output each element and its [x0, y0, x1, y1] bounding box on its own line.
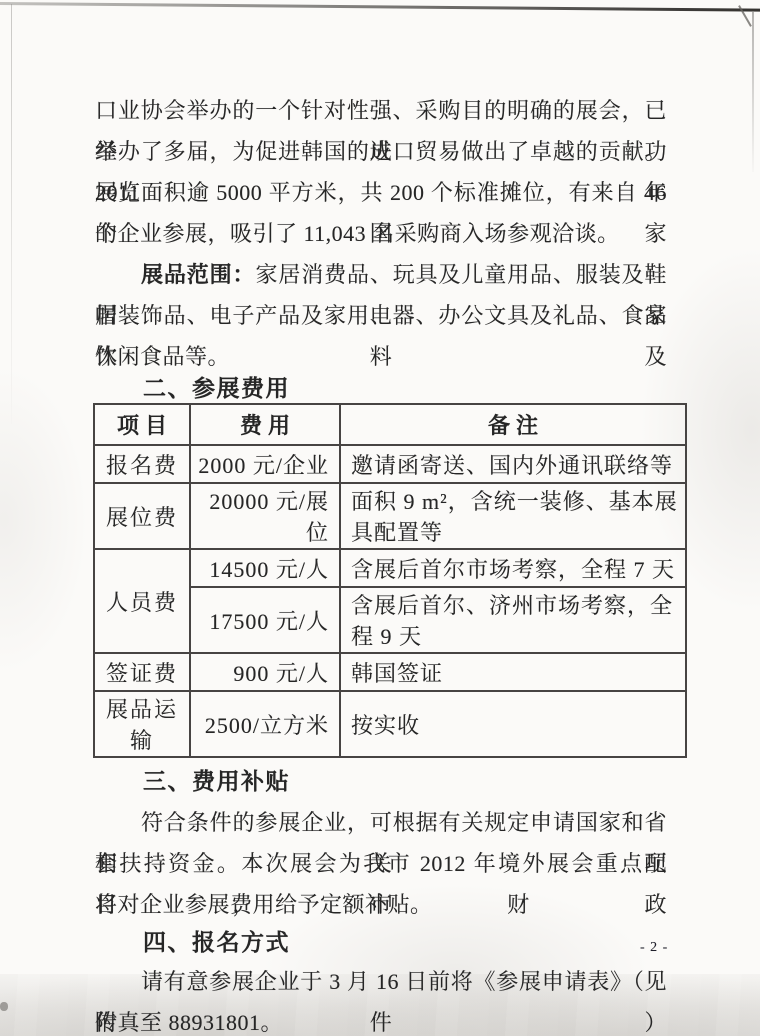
scanned-document-page: 口业协会举办的一个针对性强、采购目的明确的展会，已经成功 举办了多届，为促进韩国… — [0, 0, 760, 1036]
fee-amount: 17500 元/人 — [190, 587, 340, 653]
fee-table-row-visa: 签证费 900 元/人 韩国签证 — [94, 653, 686, 691]
subsidy-line-2: 套扶持资金。本次展会为我市 2012 年境外展会重点项目，市财政 — [95, 843, 667, 884]
registration-paragraph: 请有意参展企业于 3 月 16 日前将《参展申请表》（见附件） 传真至 8893… — [95, 961, 667, 1036]
intro-line-1: 口业协会举办的一个针对性强、采购目的明确的展会，已经成功 — [95, 90, 667, 131]
scan-right-edge-line — [752, 12, 754, 172]
fee-table-row-registration: 报名费 2000 元/企业 邀请函寄送、国内外通讯联络等 — [94, 445, 686, 483]
fee-note: 按实收 — [340, 691, 686, 757]
fee-item: 展品运输 — [94, 691, 190, 757]
fee-note: 韩国签证 — [340, 653, 686, 691]
fee-amount: 14500 元/人 — [190, 549, 340, 587]
fee-amount: 2000 元/企业 — [190, 445, 340, 483]
fee-table-header-item: 项目 — [94, 404, 190, 445]
subsidy-line-1: 符合条件的参展企业，可根据有关规定申请国家和省相关配 — [95, 802, 667, 843]
fee-amount: 900 元/人 — [190, 653, 340, 691]
fee-item: 报名费 — [94, 445, 190, 483]
fee-item: 签证费 — [94, 653, 190, 691]
registration-line-1: 请有意参展企业于 3 月 16 日前将《参展申请表》（见附件） — [95, 961, 667, 1002]
fee-note: 含展后首尔、济州市场考察，全程 9 天 — [340, 587, 686, 653]
subsidy-paragraph: 符合条件的参展企业，可根据有关规定申请国家和省相关配 套扶持资金。本次展会为我市… — [95, 802, 667, 925]
fee-item: 展位费 — [94, 483, 190, 549]
intro-line-2: 举办了多届，为促进韩国的进口贸易做出了卓越的贡献。2011 年 — [95, 131, 667, 172]
fee-table-header-note: 备注 — [340, 404, 686, 445]
fee-note: 邀请函寄送、国内外通讯联络等 — [340, 445, 686, 483]
product-scope-line-2: 居装饰品、电子产品及家用电器、办公文具及礼品、食品饮料及 — [95, 295, 667, 336]
scan-left-edge-line — [11, 4, 12, 424]
page-number: - 2 - — [640, 940, 668, 956]
fee-amount: 2500/立方米 — [190, 691, 340, 757]
intro-line-4: 的企业参展，吸引了 11,043 名采购商入场参观洽谈。 — [95, 213, 667, 254]
fee-table: 项目 费用 备注 报名费 2000 元/企业 邀请函寄送、国内外通讯联络等 展位… — [93, 403, 687, 758]
scan-top-edge-line — [0, 2, 760, 12]
scan-speck — [0, 1002, 8, 1011]
section-heading-registration: 四、报名方式 — [95, 929, 667, 957]
section-heading-subsidy: 三、费用补贴 — [95, 768, 667, 796]
fee-table-row-shipping: 展品运输 2500/立方米 按实收 — [94, 691, 686, 757]
fee-table-row-booth: 展位费 20000 元/展位 面积 9 m²，含统一装修、基本展具配置等 — [94, 483, 686, 549]
section-heading-fees: 二、参展费用 — [95, 375, 667, 403]
product-scope-line-1: 展品范围：家居消费品、玩具及儿童用品、服装及鞋帽、家 — [95, 254, 667, 295]
fee-table-header-fee: 费用 — [190, 404, 340, 445]
fee-item: 人员费 — [94, 549, 190, 653]
fee-note: 含展后首尔市场考察，全程 7 天 — [340, 549, 686, 587]
fee-table-row-personnel-1: 人员费 14500 元/人 含展后首尔市场考察，全程 7 天 — [94, 549, 686, 587]
page-content: 口业协会举办的一个针对性强、采购目的明确的展会，已经成功 举办了多届，为促进韩国… — [95, 90, 667, 1036]
fee-table-header-row: 项目 费用 备注 — [94, 404, 686, 445]
fee-note: 面积 9 m²，含统一装修、基本展具配置等 — [340, 483, 686, 549]
intro-line-3: 展览面积逾 5000 平方米，共 200 个标准摊位，有来自 46 个国家 — [95, 172, 667, 213]
fee-amount: 20000 元/展位 — [190, 483, 340, 549]
product-scope-label: 展品范围： — [141, 262, 255, 287]
